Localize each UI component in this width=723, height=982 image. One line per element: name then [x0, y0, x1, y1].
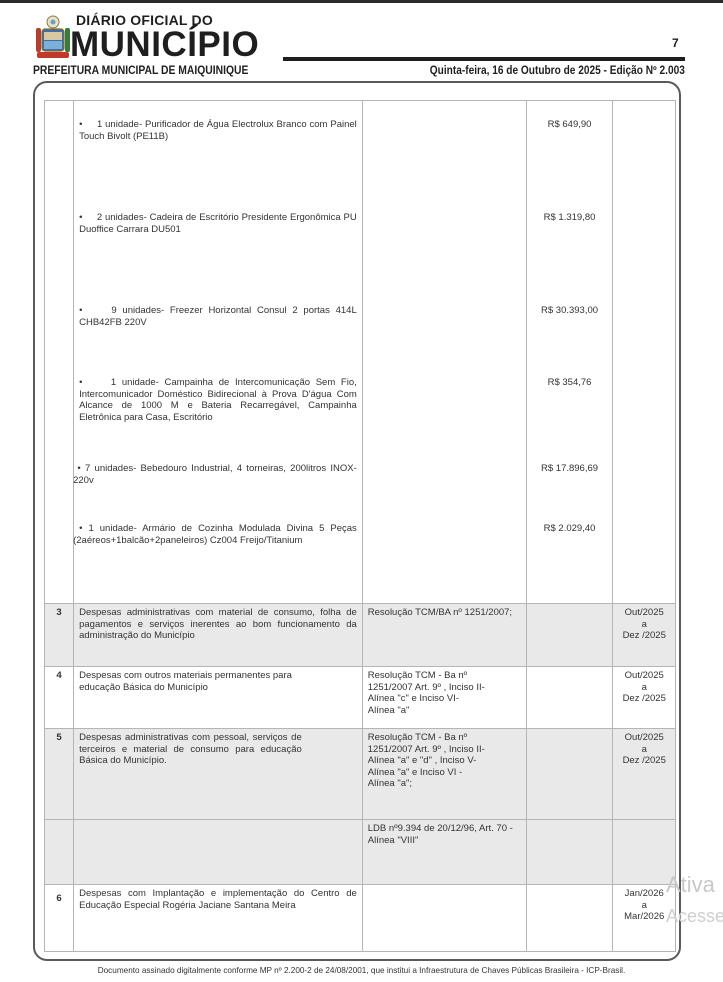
row-legal-basis: Resolução TCM - Ba nº 1251/2007 Art. 9º …	[362, 667, 526, 729]
table-row: 5 Despesas administrativas com pessoal, …	[45, 729, 676, 820]
row-period: Out/2025aDez /2025	[613, 729, 676, 820]
prefeitura-name: PREFEITURA MUNICIPAL DE MAIQUINIQUE	[33, 65, 248, 77]
table-row: LDB nº9.394 de 20/12/96, Art. 70 - Alíne…	[45, 820, 676, 885]
item-value: R$ 354,76	[532, 377, 608, 463]
items-cell: • 1 unidade- Purificador de Água Electro…	[74, 101, 363, 604]
top-bar	[0, 0, 723, 3]
row-period: Out/2025aDez /2025	[613, 667, 676, 729]
row-number: 6	[45, 885, 74, 952]
row-period: Out/2025aDez /2025	[613, 604, 676, 667]
row-description: Despesas administrativas com material de…	[74, 604, 363, 667]
row-description: Despesas com Implantação e implementação…	[74, 885, 363, 952]
signature-footer: Documento assinado digitalmente conforme…	[0, 966, 723, 975]
list-item: • 1 unidade- Purificador de Água Electro…	[79, 119, 357, 212]
row-description: Despesas com outros materiais permanente…	[74, 667, 363, 729]
table-row: 4 Despesas com outros materiais permanen…	[45, 667, 676, 729]
list-item: • 2 unidades- Cadeira de Escritório Pres…	[79, 212, 357, 305]
municipal-coat-of-arms-icon	[33, 14, 73, 62]
page-number: 7	[672, 36, 679, 50]
item-value: R$ 1.319,80	[532, 212, 608, 305]
header-rule	[283, 57, 685, 61]
row-legal-basis: Resolução TCM - Ba nº 1251/2007 Art. 9º …	[362, 729, 526, 820]
list-item: • 7 unidades- Bebedouro Industrial, 4 to…	[73, 463, 357, 523]
table-row: 3 Despesas administrativas com material …	[45, 604, 676, 667]
brand-title: MUNICÍPIO	[70, 25, 259, 65]
row-number: 5	[45, 729, 74, 820]
expense-table: • 1 unidade- Purificador de Água Electro…	[44, 100, 676, 952]
list-item: • 1 unidade- Campainha de Intercomunicaç…	[79, 377, 357, 463]
list-item: • 9 unidades- Freezer Horizontal Consul …	[79, 305, 357, 377]
edition-date: Quinta-feira, 16 de Outubro de 2025 - Ed…	[430, 65, 685, 77]
activation-watermark-sub: Acesse	[666, 906, 723, 927]
row-legal-basis: LDB nº9.394 de 20/12/96, Art. 70 - Alíne…	[362, 820, 526, 885]
item-value: R$ 2.029,40	[532, 523, 608, 535]
row-number: 3	[45, 604, 74, 667]
table-row: • 1 unidade- Purificador de Água Electro…	[45, 101, 676, 604]
table-row: 6 Despesas com Implantação e implementaç…	[45, 885, 676, 952]
activation-watermark: Ativa	[666, 872, 715, 898]
row-description: Despesas administrativas com pessoal, se…	[74, 729, 363, 820]
item-value: R$ 30.393,00	[532, 305, 608, 377]
item-value: R$ 649,90	[532, 119, 608, 212]
row-legal-basis: Resolução TCM/BA nº 1251/2007;	[362, 604, 526, 667]
list-item: • 1 unidade- Armário de Cozinha Modulada…	[73, 523, 357, 546]
item-value: R$ 17.896,69	[532, 463, 608, 523]
row-number: 4	[45, 667, 74, 729]
values-cell: R$ 649,90 R$ 1.319,80 R$ 30.393,00 R$ 35…	[526, 101, 613, 604]
